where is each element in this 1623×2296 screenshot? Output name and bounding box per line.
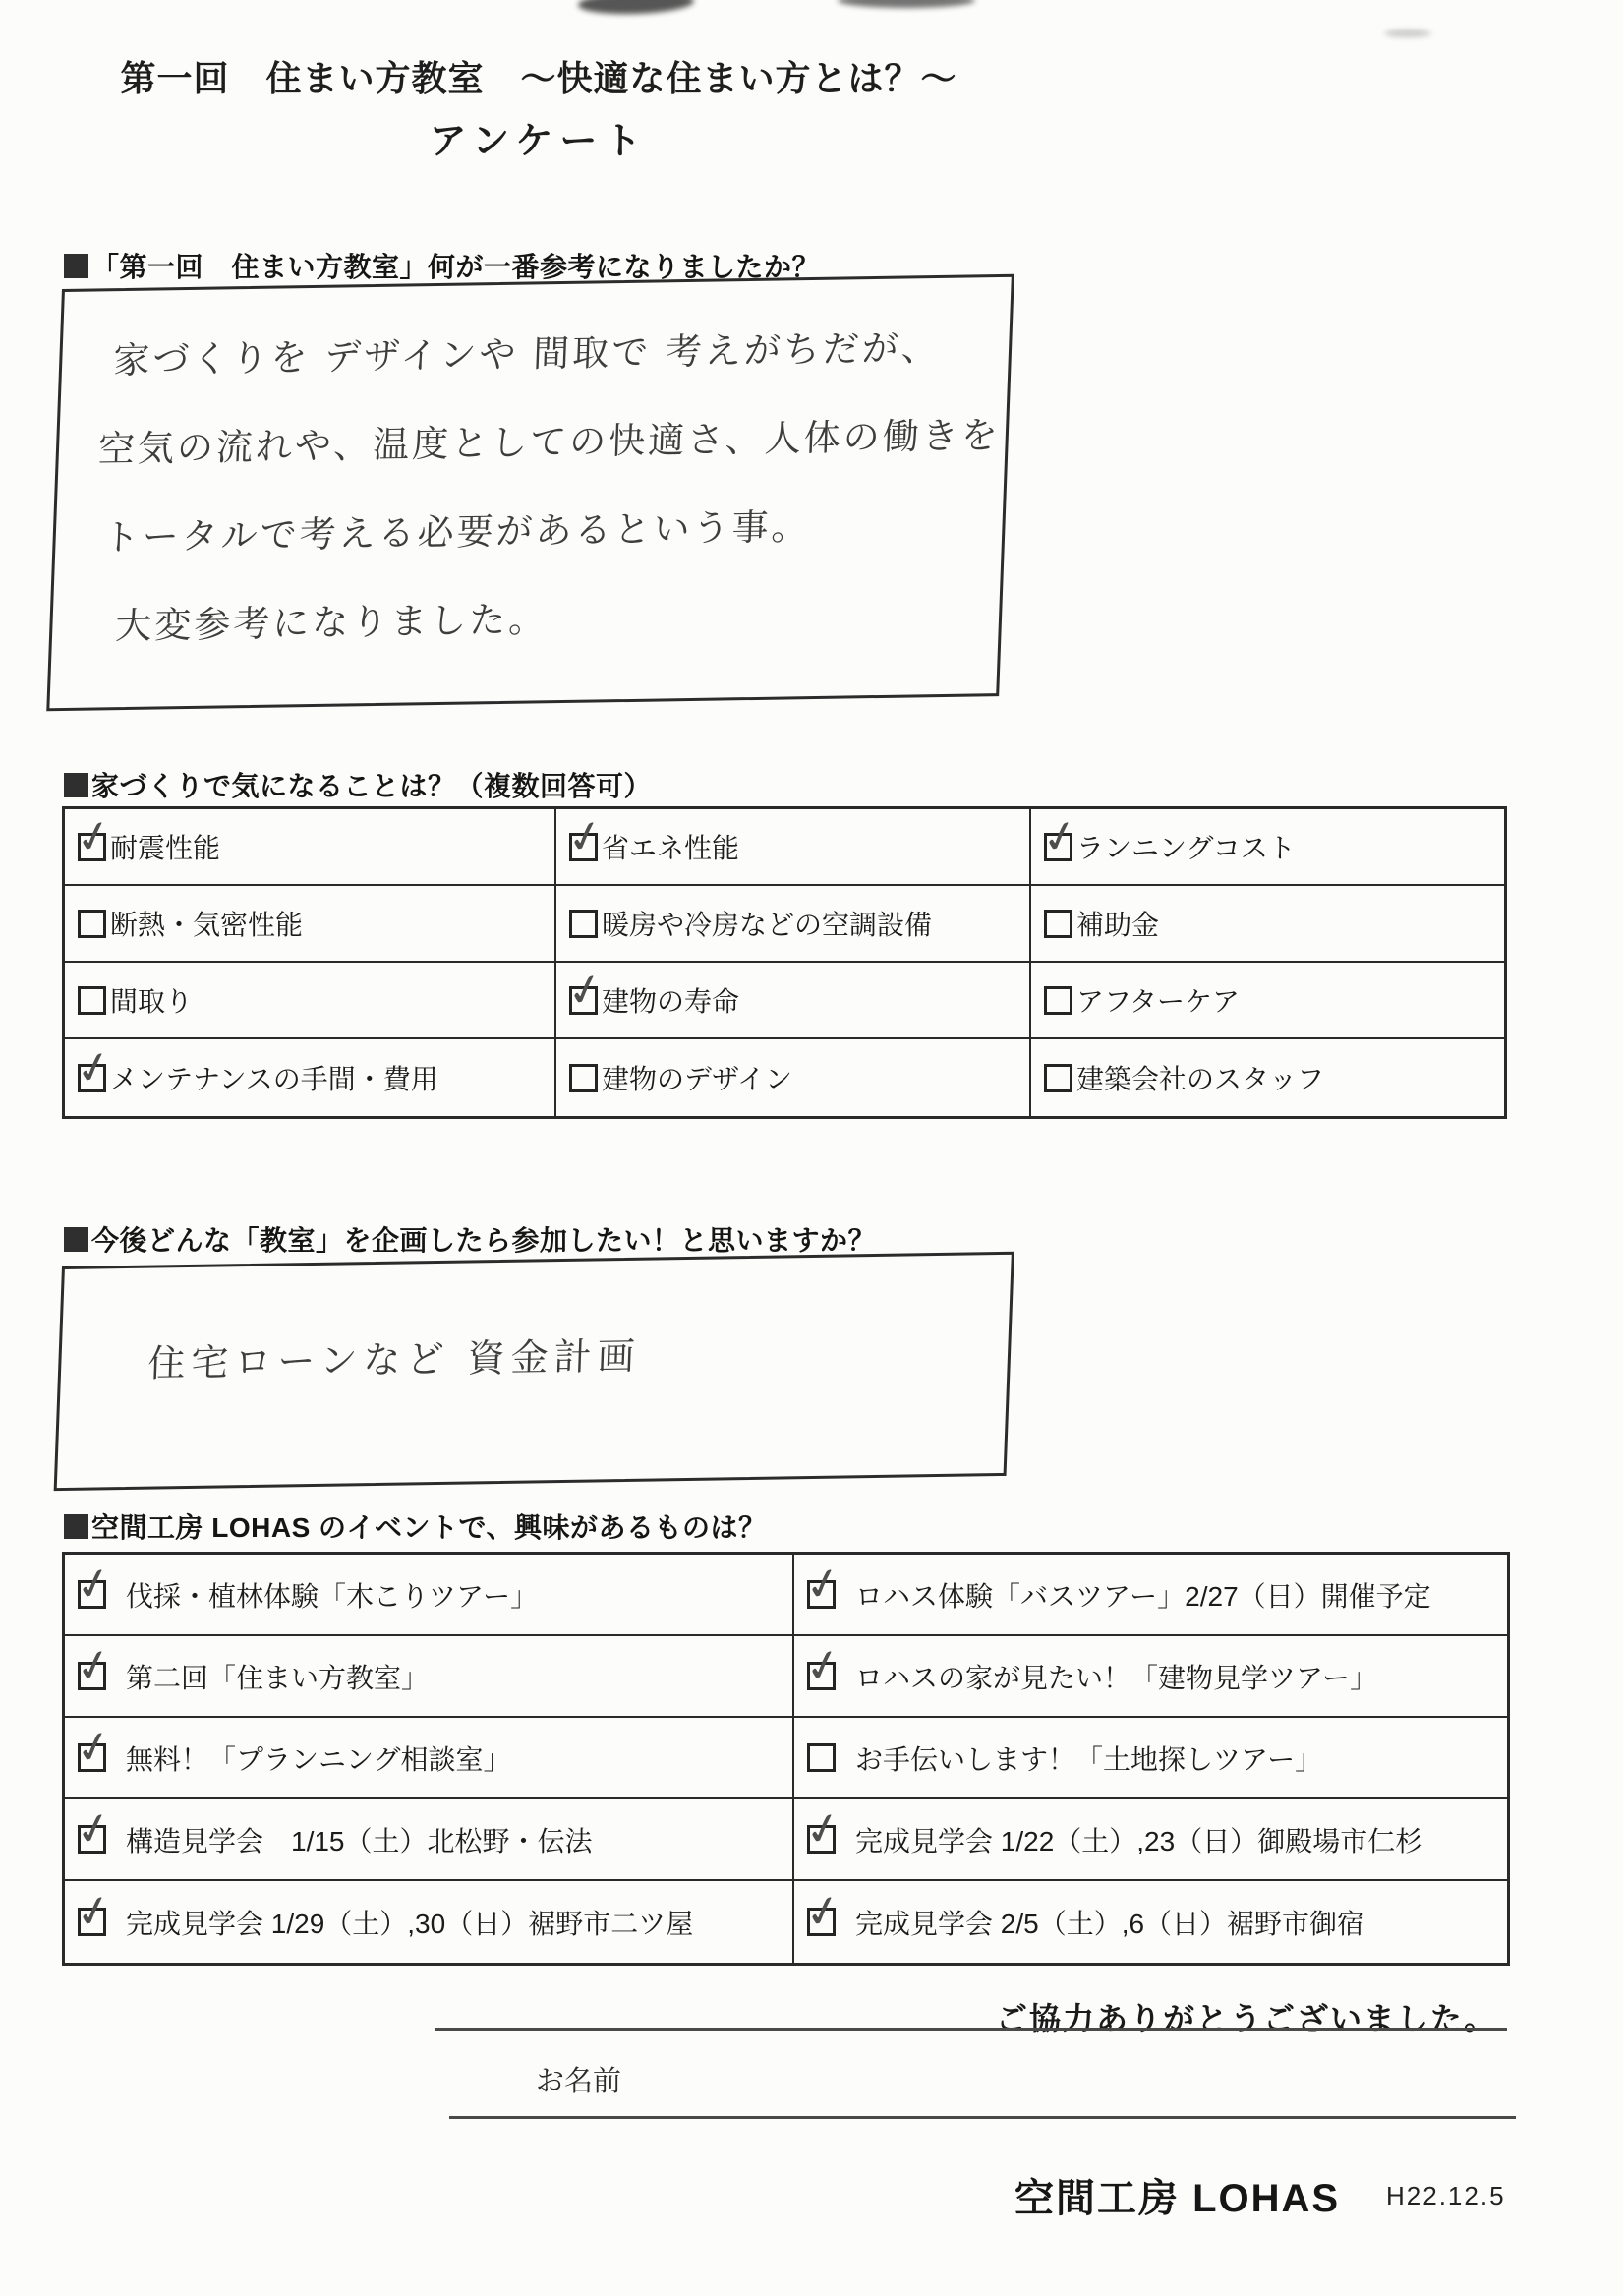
checkbox[interactable] (807, 1825, 836, 1854)
checkbox-label: 間取り (110, 980, 193, 1020)
handwritten-line: トータルで考える必要があるという事。 (101, 480, 984, 582)
handwritten-line: 家づくりを デザインや 間取で 考えがちだが、 (112, 303, 991, 405)
checkbox[interactable] (78, 1743, 106, 1772)
question4-heading-text: 空間工房 LOHAS のイベントで、興味があるものは？ (91, 1506, 767, 1546)
checkbox[interactable] (569, 833, 598, 861)
handwritten-line: 大変参考になりました。 (114, 568, 981, 671)
table-cell: 補助金 (1031, 886, 1504, 963)
checkbox[interactable] (1044, 833, 1072, 861)
checkbox-label: 耐震性能 (110, 827, 220, 866)
section-bullet-icon (64, 773, 88, 797)
checkbox[interactable] (569, 1064, 598, 1092)
concerns-table: 耐震性能 省エネ性能 ランニングコスト 断熱・気密性能 暖房や冷房などの空調設備… (62, 806, 1507, 1119)
checkbox-label: 伐採・植林体験「木こりツアー」 (126, 1575, 538, 1615)
table-cell: 第二回「住まい方教室」 (65, 1636, 794, 1718)
checkbox-label: ランニングコスト (1076, 827, 1296, 866)
checkbox-label: 建物のデザイン (602, 1058, 792, 1097)
company-name: 空間工房 LOHAS (1014, 2167, 1340, 2223)
table-cell: 省エネ性能 (556, 809, 1031, 886)
separator-line (435, 2028, 1507, 2031)
handwritten-line: 空気の流れや、温度としての快適さ、人体の働きを (96, 391, 987, 494)
checkbox-label: 補助金 (1076, 904, 1159, 943)
question3-heading-text: 今後どんな「教室」を企画したら参加したい！と思いますか？ (91, 1219, 876, 1259)
checkbox-label: ロハスの家が見たい！「建物見学ツアー」 (855, 1657, 1377, 1696)
scan-artifact (1384, 29, 1431, 37)
checkbox[interactable] (78, 1662, 106, 1690)
table-cell: ランニングコスト (1031, 809, 1504, 886)
scanned-questionnaire-page: 第一回 住まい方教室 ～快適な住まい方とは？～ アンケート 「第一回 住まい方教… (0, 0, 1623, 2296)
table-cell: 暖房や冷房などの空調設備 (556, 886, 1031, 963)
checkbox-label: メンテナンスの手間・費用 (110, 1058, 438, 1097)
table-cell: メンテナンスの手間・費用 (65, 1039, 556, 1116)
checkbox[interactable] (807, 1908, 836, 1936)
section-bullet-icon (64, 1514, 88, 1539)
section-bullet-icon (64, 1227, 88, 1252)
checkbox-label: 断熱・気密性能 (110, 904, 303, 943)
question2-heading: 家づくりで気になることは？（複数回答可） (64, 765, 652, 804)
checkbox-label: 暖房や冷房などの空調設備 (602, 904, 932, 943)
table-cell: 断熱・気密性能 (65, 886, 556, 963)
table-cell: 建物の寿命 (556, 963, 1031, 1039)
checkbox[interactable] (807, 1743, 836, 1772)
table-cell: 完成見学会 2/5（土）,6（日）裾野市御宿 (794, 1881, 1507, 1963)
scan-artifact (838, 0, 975, 8)
table-cell: 建物のデザイン (556, 1039, 1031, 1116)
table-cell: 建築会社のスタッフ (1031, 1039, 1504, 1116)
question1-answer-box: 家づくりを デザインや 間取で 考えがちだが、 空気の流れや、温度としての快適さ… (46, 274, 1014, 712)
document-subtitle: アンケート (62, 110, 1015, 164)
table-cell: お手伝いします！「土地探しツアー」 (794, 1718, 1507, 1799)
events-table: 伐採・植林体験「木こりツアー」 ロハス体験「バスツアー」2/27（日）開催予定 … (62, 1552, 1510, 1966)
table-cell: 間取り (65, 963, 556, 1039)
question3-heading: 今後どんな「教室」を企画したら参加したい！と思いますか？ (64, 1219, 876, 1259)
checkbox[interactable] (78, 986, 106, 1015)
checkbox[interactable] (78, 1908, 106, 1936)
checkbox[interactable] (78, 1580, 106, 1609)
checkbox[interactable] (807, 1580, 836, 1609)
section-bullet-icon (64, 254, 88, 278)
checkbox-label: 建物の寿命 (602, 980, 739, 1020)
table-cell: 完成見学会 1/22（土）,23（日）御殿場市仁杉 (794, 1799, 1507, 1881)
table-cell: 完成見学会 1/29（土）,30（日）裾野市二ツ屋 (65, 1881, 794, 1963)
checkbox[interactable] (78, 1825, 106, 1854)
table-cell: 耐震性能 (65, 809, 556, 886)
checkbox-label: 省エネ性能 (602, 827, 739, 866)
checkbox-label: 構造見学会 1/15（土）北松野・伝法 (126, 1820, 593, 1859)
checkbox-label: 建築会社のスタッフ (1076, 1058, 1324, 1097)
checkbox[interactable] (78, 833, 106, 861)
checkbox-label: お手伝いします！「土地探しツアー」 (855, 1738, 1322, 1778)
handwritten-line: 住宅ローンなど 資金計画 (146, 1320, 989, 1386)
checkbox-label: 完成見学会 1/22（土）,23（日）御殿場市仁杉 (855, 1820, 1422, 1859)
thanks-note: ご協力ありがとうございました。 (62, 1994, 1497, 2039)
table-cell: 無料！「プランニング相談室」 (65, 1718, 794, 1799)
question3-answer-box: 住宅ローンなど 資金計画 (54, 1252, 1014, 1491)
question4-heading: 空間工房 LOHAS のイベントで、興味があるものは？ (64, 1506, 767, 1546)
table-cell: 伐採・植林体験「木こりツアー」 (65, 1555, 794, 1636)
checkbox[interactable] (78, 1064, 106, 1092)
checkbox[interactable] (807, 1662, 836, 1690)
scan-artifact (578, 0, 695, 16)
name-underline (449, 2116, 1516, 2119)
question2-heading-text: 家づくりで気になることは？（複数回答可） (91, 765, 652, 804)
document-date: H22.12.5 (1386, 2181, 1506, 2211)
checkbox-label: アフターケア (1076, 980, 1240, 1020)
name-label: お名前 (536, 2059, 621, 2099)
checkbox-label: 完成見学会 2/5（土）,6（日）裾野市御宿 (855, 1903, 1364, 1942)
document-title: 第一回 住まい方教室 ～快適な住まい方とは？～ (62, 51, 1015, 101)
checkbox-label: ロハス体験「バスツアー」2/27（日）開催予定 (855, 1575, 1431, 1615)
checkbox-label: 無料！「プランニング相談室」 (126, 1738, 510, 1778)
checkbox[interactable] (1044, 910, 1072, 938)
table-cell: アフターケア (1031, 963, 1504, 1039)
checkbox[interactable] (78, 910, 106, 938)
table-cell: 構造見学会 1/15（土）北松野・伝法 (65, 1799, 794, 1881)
checkbox-label: 第二回「住まい方教室」 (126, 1657, 429, 1696)
checkbox[interactable] (1044, 1064, 1072, 1092)
checkbox[interactable] (1044, 986, 1072, 1015)
table-cell: ロハスの家が見たい！「建物見学ツアー」 (794, 1636, 1507, 1718)
checkbox[interactable] (569, 910, 598, 938)
checkbox[interactable] (569, 986, 598, 1015)
table-cell: ロハス体験「バスツアー」2/27（日）開催予定 (794, 1555, 1507, 1636)
checkbox-label: 完成見学会 1/29（土）,30（日）裾野市二ツ屋 (126, 1903, 693, 1942)
